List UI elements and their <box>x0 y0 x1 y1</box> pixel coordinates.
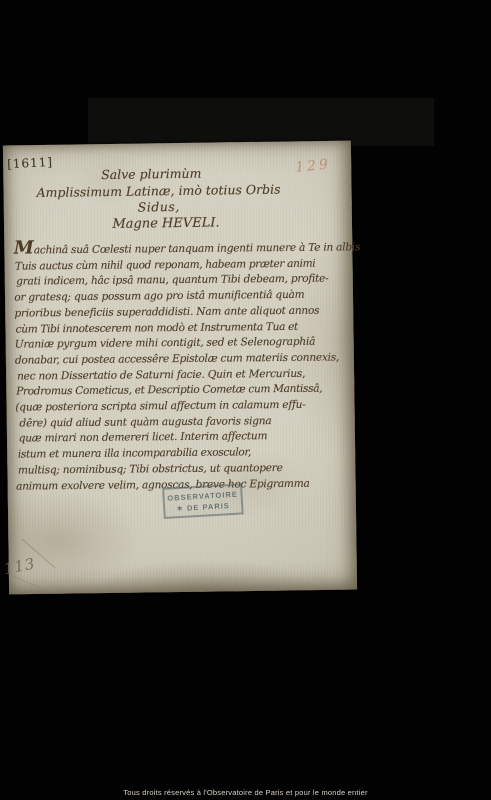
paper-crease <box>12 575 40 588</box>
manuscript-page: [1611] 129 Salve plurimùm Amplissimum La… <box>3 141 357 595</box>
page-number-pencil: 113 <box>2 554 36 578</box>
letter-body: Machinâ suâ Cœlesti nuper tanquam ingent… <box>14 237 352 494</box>
copyright-banner: Tous droits réservés à l'Observatoire de… <box>0 787 491 800</box>
salutation-line: Magne HEVELI. <box>46 214 286 234</box>
letter-salutation: Salve plurimùm Amplissimum Latinæ, imò t… <box>31 165 286 235</box>
background-page-shadow <box>88 98 434 146</box>
manuscript-text-line: prioribus beneficiis superaddidisti. Nam… <box>14 303 350 322</box>
manuscript-text-line: (quæ posteriora scripta simul affectum i… <box>15 397 351 416</box>
folio-number-pencil: 129 <box>294 156 331 176</box>
observatoire-de-paris-stamp: OBSERVATOIRE ✶ DE PARIS <box>162 483 244 519</box>
scan-backdrop: [1611] 129 Salve plurimùm Amplissimum La… <box>0 0 491 800</box>
